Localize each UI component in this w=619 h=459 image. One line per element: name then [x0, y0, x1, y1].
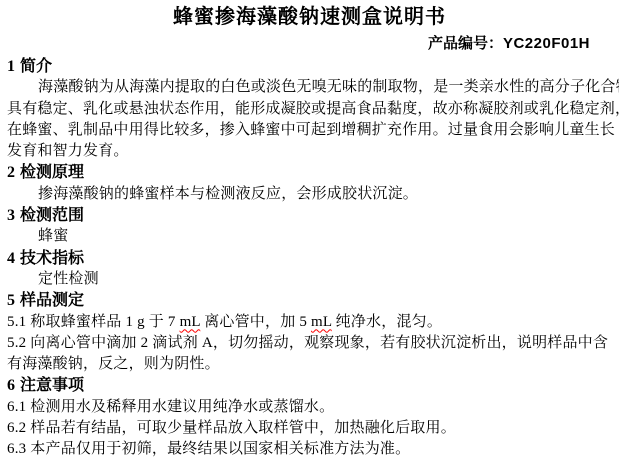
section-4-heading: 4技术指标	[7, 248, 612, 269]
scope-line: 蜂蜜	[7, 226, 612, 247]
section-2-number: 2	[7, 164, 15, 181]
section-3-heading: 3检测范围	[7, 205, 612, 226]
section-5-number: 5	[7, 292, 15, 309]
section-1-heading: 1简介	[7, 56, 612, 77]
tech-index-line: 定性检测	[7, 269, 612, 290]
intro-line-1: 海藻酸钠为从海藻内提取的白色或淡色无嗅无味的制取物，是一类亲水性的高分子化合物，	[7, 77, 612, 98]
spellcheck-ml-1: mL	[180, 314, 201, 330]
section-4-number: 4	[7, 250, 15, 267]
section-4-title: 技术指标	[20, 250, 84, 267]
note-6-1-line: 6.1 检测用水及稀释用水建议用纯净水或蒸馏水。	[7, 397, 612, 418]
section-2-title: 检测原理	[20, 164, 84, 181]
section-6-title: 注意事项	[20, 377, 84, 394]
doc-title: 蜂蜜掺海藻酸钠速测盒说明书	[7, 4, 612, 33]
step-5-1-text-a: 5.1 称取蜂蜜样品 1 g 于 7	[7, 314, 180, 330]
step-5-2-line-1: 5.2 向离心管中滴加 2 滴试剂 A，切勿摇动，观察现象，若有胶状沉淀析出，说…	[7, 333, 612, 354]
section-1-number: 1	[7, 58, 15, 75]
section-3-title: 检测范围	[20, 207, 84, 224]
step-5-2-line-2: 有海藻酸钠，反之，则为阴性。	[7, 354, 612, 375]
section-5-heading: 5样品测定	[7, 290, 612, 311]
product-number-line: 产品编号：YC220F01H	[7, 33, 612, 56]
intro-line-4: 发育和智力发育。	[7, 141, 612, 162]
product-code: YC220F01H	[503, 35, 590, 52]
note-6-2-line: 6.2 样品若有结晶，可取少量样品放入取样管中，加热融化后取用。	[7, 418, 612, 439]
step-5-1-line: 5.1 称取蜂蜜样品 1 g 于 7 mL 离心管中，加 5 mL 纯净水，混匀…	[7, 312, 612, 333]
section-5-title: 样品测定	[20, 292, 84, 309]
product-number-label: 产品编号：	[428, 36, 503, 52]
intro-line-3: 在蜂蜜、乳制品中用得比较多，掺入蜂蜜中可起到增稠扩充作用。过量食用会影响儿童生长	[7, 120, 612, 141]
intro-line-2: 具有稳定、乳化或悬浊状态作用，能形成凝胶或提高食品黏度，故亦称凝胶剂或乳化稳定剂…	[7, 99, 612, 120]
spellcheck-ml-2: mL	[311, 314, 332, 330]
section-2-heading: 2检测原理	[7, 162, 612, 183]
step-5-1-text-b: 离心管中，加 5	[200, 314, 311, 330]
section-1-title: 简介	[20, 58, 52, 75]
section-6-number: 6	[7, 377, 15, 394]
principle-line: 掺海藻酸钠的蜂蜜样本与检测液反应，会形成胶状沉淀。	[7, 184, 612, 205]
note-6-3-line: 6.3 本产品仅用于初筛，最终结果以国家相关标准方法为准。	[7, 439, 612, 459]
document-page: 蜂蜜掺海藻酸钠速测盒说明书 产品编号：YC220F01H 1简介 海藻酸钠为从海…	[0, 0, 619, 459]
step-5-1-text-c: 纯净水，混匀。	[332, 314, 442, 330]
section-3-number: 3	[7, 207, 15, 224]
section-6-heading: 6注意事项	[7, 375, 612, 396]
